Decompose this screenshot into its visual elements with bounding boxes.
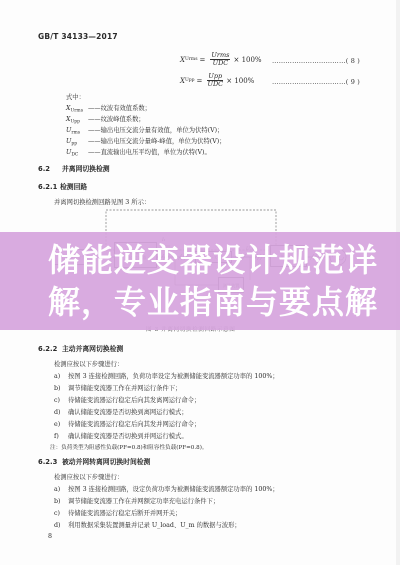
- definition: Urms——输出电压交流分量有效值，单位为伏特(V)；: [66, 125, 223, 136]
- step-item: a)按图 3 连接检测回路，设定负荷功率为被测储能变流器额定功率的 100%；: [54, 484, 279, 493]
- step-item: c)待储能变流器运行稳定后断开并网开关；: [54, 508, 181, 517]
- formula-8: XUrms = Urms UDC × 100%: [180, 52, 262, 67]
- step-item: d)确认储能变流器是否切换到离网运行模式；: [54, 407, 188, 416]
- fraction: Upp UDC: [207, 73, 223, 88]
- definition: XUpp——纹波峰值系数；: [66, 114, 145, 125]
- step-item: b)调节储能变流器工作在并网运行条件下；: [54, 383, 181, 392]
- overlay-title-line-2: 解，专业指南与要点解: [48, 282, 368, 322]
- note: 注：负荷类型为阻感性负载(PF=0.8)和阻容性负载(PF=0.8)。: [50, 443, 207, 451]
- formula-9: XUpp = Upp UDC × 100%: [180, 73, 254, 88]
- step-item: e)待储能变流器运行稳定后向其发并网运行命令；: [54, 419, 200, 428]
- standard-header: GB/T 34133—2017: [38, 32, 118, 41]
- equation-label: ( 9 ): [346, 78, 360, 86]
- step-item: b)调节储能变流器工作在并网额定功率充电运行条件下；: [54, 496, 219, 505]
- section-heading-6-2: 6.2并离网切换检测: [38, 163, 110, 173]
- section-heading-6-2-2: 6.2.2主动并离网切换检测: [38, 343, 123, 353]
- step-item: c)待储能变流器运行稳定后向其发离网运行命令；: [54, 395, 200, 404]
- overlay-title-line-1: 储能逆变器设计规范详: [48, 240, 368, 280]
- definition: UDC——直流输出电压平均值，单位为伏特(V)。: [66, 147, 211, 158]
- definition: XUrms——纹波有效值系数；: [66, 103, 151, 114]
- paragraph-intro: 检测应按以下步骤进行：: [54, 359, 123, 368]
- equation-label: ( 8 ): [346, 57, 360, 65]
- page-number: 8: [48, 533, 52, 540]
- step-item: f)确认储能变流器是否切换到并网运行模式。: [54, 431, 188, 440]
- section-heading-6-2-3: 6.2.3被动并网转离网切换时间检测: [38, 456, 150, 466]
- title-overlay-banner: 储能逆变器设计规范详 解，专业指南与要点解: [0, 232, 400, 330]
- step-item: d)利用数据采集装置测量并记录 U_load、U_m 的数据与波形；: [54, 520, 241, 529]
- section-heading-6-2-1: 6.2.1检测回路: [38, 181, 87, 191]
- where-label: 式中：: [66, 92, 85, 101]
- paragraph-intro: 检测应按以下步骤进行：: [54, 472, 123, 481]
- formula-9-dots: ……………………………( 9 ): [272, 78, 360, 86]
- fraction: Urms UDC: [210, 52, 230, 67]
- step-item: a)按图 3 连接检测回路，负荷功率设定为被测储能变流器额定功率的 100%；: [54, 371, 279, 380]
- formula-8-dots: ……………………………( 8 ): [272, 57, 360, 65]
- definition: Upp——输出电压交流分量峰-峰值，单位为伏特(V)；: [66, 136, 226, 147]
